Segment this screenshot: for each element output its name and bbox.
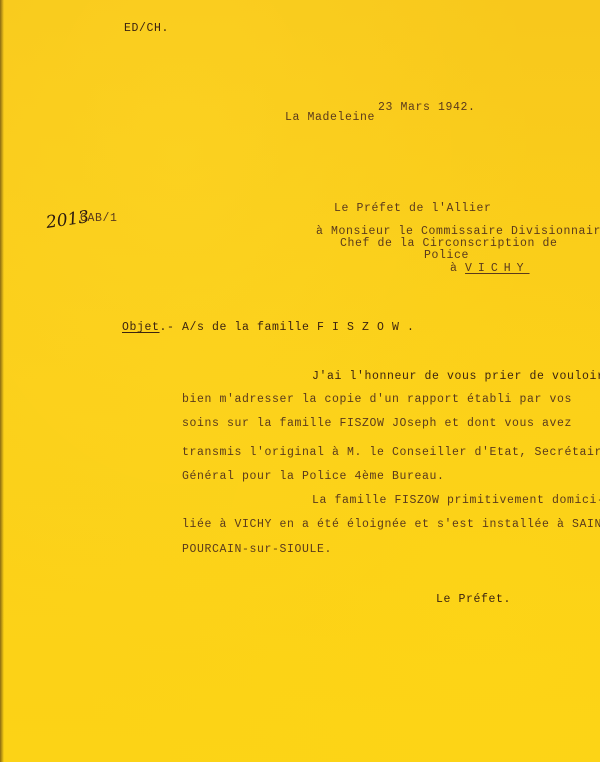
- signature: Le Préfet.: [436, 593, 511, 606]
- recipient-city-prefix: à: [450, 262, 458, 275]
- body-p1-line-4: transmis l'original à M. le Conseiller d…: [182, 446, 600, 459]
- body-p1-line-1: J'ai l'honneur de vous prier de vouloir: [312, 370, 600, 383]
- recipient-line-3: Police: [424, 249, 469, 262]
- reference-code: ED/CH.: [124, 22, 169, 35]
- body-p1-line-2: bien m'adresser la copie d'un rapport ét…: [182, 393, 572, 406]
- recipient-city-line: à VICHY: [450, 262, 530, 275]
- body-p2-line-3: POURCAIN-sur-SIOULE.: [182, 543, 332, 556]
- paper-edge: [0, 0, 4, 762]
- cab-reference: CAB/1: [80, 212, 118, 225]
- letter-date: 23 Mars 1942.: [378, 101, 476, 114]
- sender: Le Préfet de l'Allier: [334, 202, 492, 215]
- body-p1-line-5: Général pour la Police 4ème Bureau.: [182, 470, 445, 483]
- subject-text: .- A/s de la famille F I S Z O W .: [160, 321, 415, 334]
- letter-place: La Madeleine: [285, 111, 375, 124]
- body-p2-line-2: liée à VICHY en a été éloignée et s'est …: [182, 518, 600, 531]
- body-p1-line-3: soins sur la famille FISZOW JOseph et do…: [182, 417, 572, 430]
- subject-label: Objet: [122, 321, 160, 334]
- subject-line: Objet.- A/s de la famille F I S Z O W .: [122, 321, 415, 334]
- recipient-city: VICHY: [465, 262, 530, 275]
- body-p2-line-1: La famille FISZOW primitivement domici-: [312, 494, 600, 507]
